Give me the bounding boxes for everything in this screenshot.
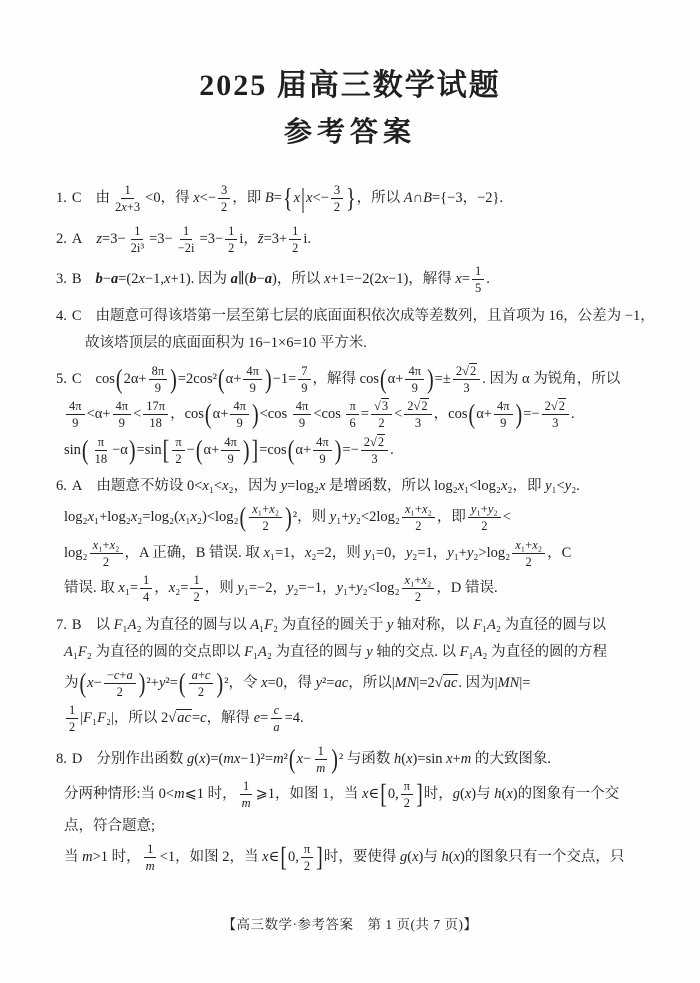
sqrt: √ac (168, 709, 192, 726)
fraction-numerator: 17π (143, 398, 168, 415)
math-var: m (273, 751, 283, 767)
answer-choice: B (72, 271, 82, 287)
fraction: 12 (289, 223, 301, 257)
math-var: x (454, 849, 460, 865)
math-var: z̄ (258, 231, 264, 247)
big-delimiter: ) (284, 506, 293, 530)
sqrt-radicand: ac (176, 709, 192, 726)
math-var: A (128, 617, 137, 633)
big-delimiter: ( (79, 671, 88, 695)
fraction: 12 (66, 702, 78, 736)
fraction: 2√23 (404, 398, 431, 432)
big-delimiter: ) (138, 671, 147, 695)
math-var: x (446, 751, 452, 767)
math-var: x (421, 573, 427, 587)
math-var: x (324, 271, 330, 287)
math-var: F (473, 617, 482, 633)
big-delimiter: ) (251, 403, 260, 427)
math-var: x (422, 502, 428, 516)
math-var: m (461, 751, 471, 767)
answer-line: log₂x₁+log₂x₂=log₂(x₁x₂)<log₂(x₁+x₂2)²，则… (56, 501, 678, 535)
fraction: √32 (371, 398, 392, 432)
fraction-numerator: 1 (140, 572, 152, 589)
big-delimiter: } (345, 187, 357, 211)
math-var: y (356, 580, 362, 596)
fraction-numerator: x₁+x₂ (249, 501, 282, 518)
math-var: x (501, 478, 507, 494)
question-number: 5. (56, 371, 67, 387)
big-delimiter: ) (215, 671, 224, 695)
answer-line: 5.Ccos(2α+8π9)=2cos²(α+4π9)−1=79，解得 cos(… (56, 363, 678, 397)
sqrt: √2 (462, 363, 477, 378)
math-var: x (532, 538, 538, 552)
fraction: π2 (172, 434, 184, 468)
fraction-numerator: 2√2 (542, 398, 569, 415)
fraction: y₁+y₂2 (468, 501, 501, 535)
fraction-denominator: 2 (412, 589, 424, 605)
big-delimiter: ) (515, 403, 524, 427)
fraction-numerator: c (271, 702, 283, 719)
fraction-numerator: 1 (131, 223, 143, 240)
big-delimiter: | (300, 187, 306, 211)
math-var: h (394, 751, 401, 767)
page-title: 2025 届高三数学试题 (0, 0, 700, 104)
answer-choice: A (72, 478, 82, 494)
big-delimiter: ( (204, 403, 213, 427)
math-var: e (254, 710, 260, 726)
fraction-denominator: 2 (331, 199, 343, 215)
big-delimiter: ( (195, 438, 204, 462)
fraction-numerator: x₁+x₂ (512, 537, 545, 554)
math-var: y (364, 545, 370, 561)
fraction-denominator: 2 (100, 554, 112, 570)
math-var: A (250, 617, 259, 633)
math-var: y (387, 617, 393, 633)
fraction-numerator: π (346, 398, 358, 415)
fraction-denominator: 9 (497, 415, 509, 431)
answer-line: 3.Bb−a=(2x−1,x+1). 因为 a∥(b−a)，所以 x+1=−2(… (56, 263, 678, 297)
fraction: x₁+x₂2 (90, 537, 123, 571)
fraction: 12i³ (128, 223, 147, 257)
fraction-denominator: 9 (316, 451, 328, 467)
answer-choice: D (72, 751, 82, 767)
fraction-numerator: 1 (472, 263, 484, 280)
fraction-denominator: 3 (549, 415, 561, 431)
question-number: 6. (56, 478, 67, 494)
fraction-denominator: 2 (114, 684, 126, 700)
fraction: π2 (301, 841, 313, 875)
fraction-numerator: 3 (218, 182, 230, 199)
fraction-denominator: 9 (69, 415, 81, 431)
vector-symbol: b (249, 271, 256, 287)
math-var: y (159, 675, 165, 691)
math-var: F (460, 644, 469, 660)
math-var: F (114, 617, 123, 633)
answer-item-1: 1.C由12x+3<0，得 x<−32，即 B={x|x<−32}，所以 A∩B… (56, 182, 678, 216)
answer-line: 4π9<α+4π9<17π18，cos(α+4π9)<cos 4π9<cos π… (56, 398, 678, 432)
answer-line: 点，符合题意; (56, 814, 678, 839)
fraction-denominator: 9 (116, 415, 128, 431)
math-var: x (88, 509, 94, 525)
math-var: m (82, 849, 92, 865)
math-var: c (274, 703, 280, 717)
math-var: x (319, 478, 325, 494)
fraction-numerator: x₁+x₂ (402, 501, 435, 518)
math-var: x (269, 502, 275, 516)
math-var: x (169, 580, 175, 596)
big-delimiter: [ (162, 438, 171, 462)
fraction-numerator: π (401, 778, 413, 795)
fraction-denominator: 2 (301, 858, 313, 874)
math-var: y (467, 545, 473, 561)
math-var: B (423, 190, 432, 206)
big-delimiter: ( (217, 367, 226, 391)
fraction: x₁+x₂2 (402, 501, 435, 535)
answer-item-5: 5.Ccos(2α+8π9)=2cos²(α+4π9)−1=79，解得 cos(… (56, 363, 678, 468)
math-var: ac (177, 710, 191, 726)
fraction-denominator: 6 (347, 415, 359, 431)
fraction-denominator: 18 (92, 451, 111, 467)
math-var: m (146, 859, 155, 873)
choice-letter-ref: A (139, 545, 149, 561)
fraction-denominator: 9 (247, 380, 259, 396)
fraction-denominator: 18 (146, 415, 165, 431)
choice-letter-ref: C (562, 545, 572, 561)
fraction: ca (270, 702, 282, 736)
sqrt: √ac (435, 674, 459, 691)
big-delimiter: ) (242, 438, 251, 462)
fraction-denominator: 5 (472, 280, 484, 296)
fraction: π2 (401, 778, 413, 812)
fraction: 4π9 (230, 398, 249, 432)
fraction: x₁+x₂2 (249, 501, 282, 535)
math-var: m (316, 761, 325, 775)
sqrt-radicand: 3 (381, 398, 389, 413)
fraction: 4π9 (221, 434, 240, 468)
fraction-denominator: 2 (523, 554, 535, 570)
fraction-numerator: 1 (144, 841, 156, 858)
fraction-denominator: a (270, 719, 282, 735)
fraction: 1m (239, 778, 254, 812)
fraction: 1−2i (175, 223, 198, 257)
math-var: y (488, 502, 494, 516)
question-number: 8. (56, 751, 67, 767)
math-var: x (262, 849, 268, 865)
fraction-denominator: m (143, 858, 158, 874)
math-var: h (441, 849, 448, 865)
math-var: y (237, 580, 243, 596)
fraction: 12 (190, 572, 202, 606)
fraction-denominator: 2 (478, 518, 490, 534)
big-delimiter: ( (239, 506, 248, 530)
fraction-numerator: π (301, 841, 313, 858)
fraction: 15 (472, 263, 484, 297)
fraction-denominator: 3 (368, 451, 380, 467)
answer-line: 4.C由题意可得该塔第一层至第七层的底面面积依次成等差数列，且首项为 16，公差… (56, 304, 678, 329)
math-var: x (506, 786, 512, 802)
fraction: 4π9 (405, 363, 424, 397)
math-var: x (297, 751, 303, 767)
sqrt: √2 (551, 398, 566, 413)
math-var: y (287, 580, 293, 596)
fraction-numerator: 4π (293, 398, 312, 415)
math-var: c (205, 668, 211, 682)
math-var: x (164, 271, 170, 287)
big-delimiter: ( (178, 671, 187, 695)
answer-choice: B (72, 617, 82, 633)
fraction-numerator: 1 (289, 223, 301, 240)
sqrt: √2 (370, 434, 385, 449)
fraction-numerator: x₁+x₂ (90, 537, 123, 554)
math-var: MN (498, 675, 520, 691)
math-var: y (316, 675, 322, 691)
sqrt: √2 (414, 398, 429, 413)
fraction: π18 (92, 434, 111, 468)
fraction-numerator: 1 (240, 778, 252, 795)
math-var: x (455, 271, 461, 287)
answer-line: log₂x₁+x₂2，A 正确，B 错误. 取 x₁=1，x₂=2，则 y₁=0… (56, 537, 678, 571)
big-delimiter: ( (288, 747, 297, 771)
fraction-numerator: 7 (298, 363, 310, 380)
fraction: x₁+x₂2 (512, 537, 545, 571)
fraction-denominator: 3 (412, 415, 424, 431)
math-var: x (110, 538, 116, 552)
fraction: 14 (140, 572, 152, 606)
fraction-denominator: 2 (225, 240, 237, 256)
math-var: x (405, 502, 411, 516)
choice-letter-ref: D (451, 580, 461, 596)
math-var: F (97, 710, 106, 726)
page-subtitle: 参考答案 (0, 110, 700, 150)
big-delimiter: ( (81, 438, 90, 462)
fraction-numerator: 1 (66, 702, 78, 719)
fraction-numerator: 1 (315, 743, 327, 760)
fraction: 2√23 (453, 363, 480, 397)
fraction: 2√23 (361, 434, 388, 468)
fraction-denominator: 2 (412, 518, 424, 534)
math-var: x (263, 545, 269, 561)
fraction: x₁+x₂2 (402, 572, 435, 606)
answer-line: 分两种情形:当 0<m⩽1 时，1m⩾1，如图 1，当 x∈[0,π2]时，g(… (56, 778, 678, 812)
math-var: x (179, 509, 185, 525)
math-var: x (406, 751, 412, 767)
math-var: c (114, 668, 120, 682)
fraction: 4π9 (293, 398, 312, 432)
big-delimiter: ) (264, 367, 273, 391)
question-number: 2. (56, 231, 67, 247)
math-var: MN (395, 675, 417, 691)
fraction-numerator: −c+a (104, 667, 136, 684)
answer-line: 6.A由题意不妨设 0<x₁<x₂，因为 y=log₂x 是增函数，所以 log… (56, 474, 678, 499)
big-delimiter: ) (334, 438, 343, 462)
math-var: A (404, 190, 413, 206)
math-var: h (494, 786, 501, 802)
fraction-numerator: y₁+y₂ (468, 501, 501, 518)
fraction: 79 (298, 363, 310, 397)
fraction-denominator: 2 (375, 415, 387, 431)
fraction-denominator: 2 (401, 795, 413, 811)
math-var: A (474, 644, 483, 660)
fraction: 32 (218, 182, 230, 216)
math-var: x (305, 545, 311, 561)
math-var: F (244, 644, 253, 660)
fraction-denominator: 9 (152, 380, 164, 396)
fraction-numerator: a+c (189, 667, 214, 684)
math-var: ac (444, 675, 458, 691)
math-var: x (382, 271, 388, 287)
fraction: 1m (143, 841, 158, 875)
fraction-numerator: 4π (230, 398, 249, 415)
math-var: a (192, 668, 198, 682)
math-var: m (242, 796, 251, 810)
fraction-numerator: 2√2 (361, 434, 388, 451)
math-var: x (202, 478, 208, 494)
math-var: ac (335, 675, 349, 691)
fraction-denominator: 3 (460, 380, 472, 396)
sqrt-radicand: ac (443, 674, 459, 691)
fraction: 2√23 (542, 398, 569, 432)
fraction-denominator: 4 (140, 589, 152, 605)
fraction-numerator: x₁+x₂ (402, 572, 435, 589)
fraction-denominator: 9 (409, 380, 421, 396)
answer-line: 故该塔顶层的底面面积为 16−1×6=10 平方米. (56, 331, 678, 356)
math-var: x (121, 200, 127, 214)
fraction-denominator: 2 (190, 589, 202, 605)
fraction-denominator: 2 (218, 199, 230, 215)
fraction: 4π9 (113, 398, 132, 432)
math-var: x (118, 580, 124, 596)
answer-item-7: 7.B以 F₁A₂ 为直径的圆与以 A₁F₂ 为直径的圆关于 y 轴对称，以 F… (56, 613, 678, 736)
answer-line: sin(π18−α)=sin[π2−(α+4π9)]=cos(α+4π9)=−2… (56, 434, 678, 468)
big-delimiter: ] (315, 845, 324, 869)
fraction: 8π9 (149, 363, 168, 397)
answer-line: 错误. 取 x₁=14，x₂=12，则 y₁=−2，y₂=−1，y₁+y₂<lo… (56, 572, 678, 606)
big-delimiter: ] (251, 438, 260, 462)
answer-item-3: 3.Bb−a=(2x−1,x+1). 因为 a∥(b−a)，所以 x+1=−2(… (56, 263, 678, 297)
math-var: x (131, 509, 137, 525)
answer-choice: C (72, 190, 82, 206)
fraction-denominator: 2 (260, 518, 272, 534)
math-var: A (64, 644, 73, 660)
fraction-numerator: 4π (66, 398, 85, 415)
fraction-denominator: 2 (289, 240, 301, 256)
math-var: g (400, 849, 407, 865)
math-var: x (458, 478, 464, 494)
fraction-denominator: 9 (234, 415, 246, 431)
answer-item-4: 4.C由题意可得该塔第一层至第七层的底面面积依次成等差数列，且首项为 16，公差… (56, 304, 678, 356)
math-var: y (447, 545, 453, 561)
math-var: x (465, 786, 471, 802)
big-delimiter: { (282, 187, 294, 211)
fraction: a+c2 (189, 667, 214, 701)
fraction-numerator: √3 (371, 398, 392, 415)
math-var: x (252, 502, 258, 516)
fraction: π6 (346, 398, 358, 432)
choice-letter-ref: B (196, 545, 206, 561)
fraction-numerator: 1 (225, 223, 237, 240)
math-var: x (222, 478, 228, 494)
fraction-numerator: 2√2 (404, 398, 431, 415)
big-delimiter: ) (426, 367, 435, 391)
math-var: y (366, 644, 372, 660)
fraction-numerator: π (95, 434, 107, 451)
big-delimiter: ) (330, 747, 339, 771)
answer-line: 当 m>1 时，1m<1，如图 2，当 x∈[0,π2]时，要使得 g(x)与 … (56, 841, 678, 875)
fraction-numerator: 4π (243, 363, 262, 380)
fraction: 4π9 (66, 398, 85, 432)
answer-line: 为(x−−c+a2)²+y²=(a+c2)²，令 x=0，得 y²=ac，所以|… (56, 667, 678, 701)
vector-symbol: b (96, 271, 103, 287)
fraction-numerator: 8π (149, 363, 168, 380)
fraction-denominator: 2 (66, 719, 78, 735)
answer-choice: A (72, 231, 82, 247)
answer-line: 1.C由12x+3<0，得 x<−32，即 B={x|x<−32}，所以 A∩B… (56, 182, 678, 216)
question-number: 4. (56, 308, 67, 324)
fraction-numerator: 1 (180, 223, 192, 240)
answer-item-8: 8.D分别作出函数 g(x)=(mx−1)²=m²(x−1m)² 与函数 h(x… (56, 743, 678, 875)
math-var: x (199, 751, 205, 767)
exam-answer-page: 2025 届高三数学试题 参考答案 1.C由12x+3<0，得 x<−32，即 … (0, 0, 700, 983)
fraction-denominator: 2i³ (128, 240, 147, 256)
math-var: x (405, 573, 411, 587)
math-var: F (78, 644, 87, 660)
math-var: x (193, 190, 199, 206)
fraction-denominator: m (239, 795, 254, 811)
question-number: 3. (56, 271, 67, 287)
math-var: y (545, 478, 551, 494)
math-var: x (412, 849, 418, 865)
fraction-denominator: m (313, 760, 328, 776)
math-var: y (565, 478, 571, 494)
math-var: x (87, 675, 93, 691)
answer-line: 7.B以 F₁A₂ 为直径的圆与以 A₁F₂ 为直径的圆关于 y 轴对称，以 F… (56, 613, 678, 638)
sqrt-radicand: 2 (377, 434, 385, 449)
fraction-numerator: 4π (113, 398, 132, 415)
vector-symbol: a (231, 271, 238, 287)
fraction-denominator: 2 (195, 684, 207, 700)
math-var: x (139, 271, 145, 287)
math-var: x (261, 675, 267, 691)
fraction: 4π9 (243, 363, 262, 397)
big-delimiter: ] (415, 783, 424, 807)
question-number: 7. (56, 617, 67, 633)
fraction-numerator: 4π (494, 398, 513, 415)
math-var: F (83, 710, 92, 726)
math-var: F (264, 617, 273, 633)
fraction-denominator: 9 (296, 415, 308, 431)
sqrt-radicand: 2 (469, 363, 477, 378)
math-var: a (126, 668, 132, 682)
fraction: 32 (331, 182, 343, 216)
answer-line: A₁F₂ 为直径的圆的交点即以 F₁A₂ 为直径的圆与 y 轴的交点. 以 F₁… (56, 640, 678, 665)
fraction: 17π18 (143, 398, 168, 432)
math-var: x (93, 538, 99, 552)
big-delimiter: [ (379, 783, 388, 807)
fraction-numerator: 4π (405, 363, 424, 380)
fraction: 12 (225, 223, 237, 257)
math-var: y (471, 502, 477, 516)
vector-symbol: a (265, 271, 272, 287)
sqrt-radicand: 2 (420, 398, 428, 413)
answer-line: 12|F₁F₂|，所以 2√ac=c，解得 e=ca=4. (56, 702, 678, 736)
math-var: x (362, 786, 368, 802)
fraction-numerator: 1 (121, 182, 133, 199)
fraction-numerator: 1 (190, 572, 202, 589)
fraction: 4π9 (313, 434, 332, 468)
answer-choice: C (72, 371, 82, 387)
fraction-numerator: 3 (331, 182, 343, 199)
answer-line: 2.Az=3−12i³=3−1−2i=3−12i，z̄=3+12i. (56, 223, 678, 257)
